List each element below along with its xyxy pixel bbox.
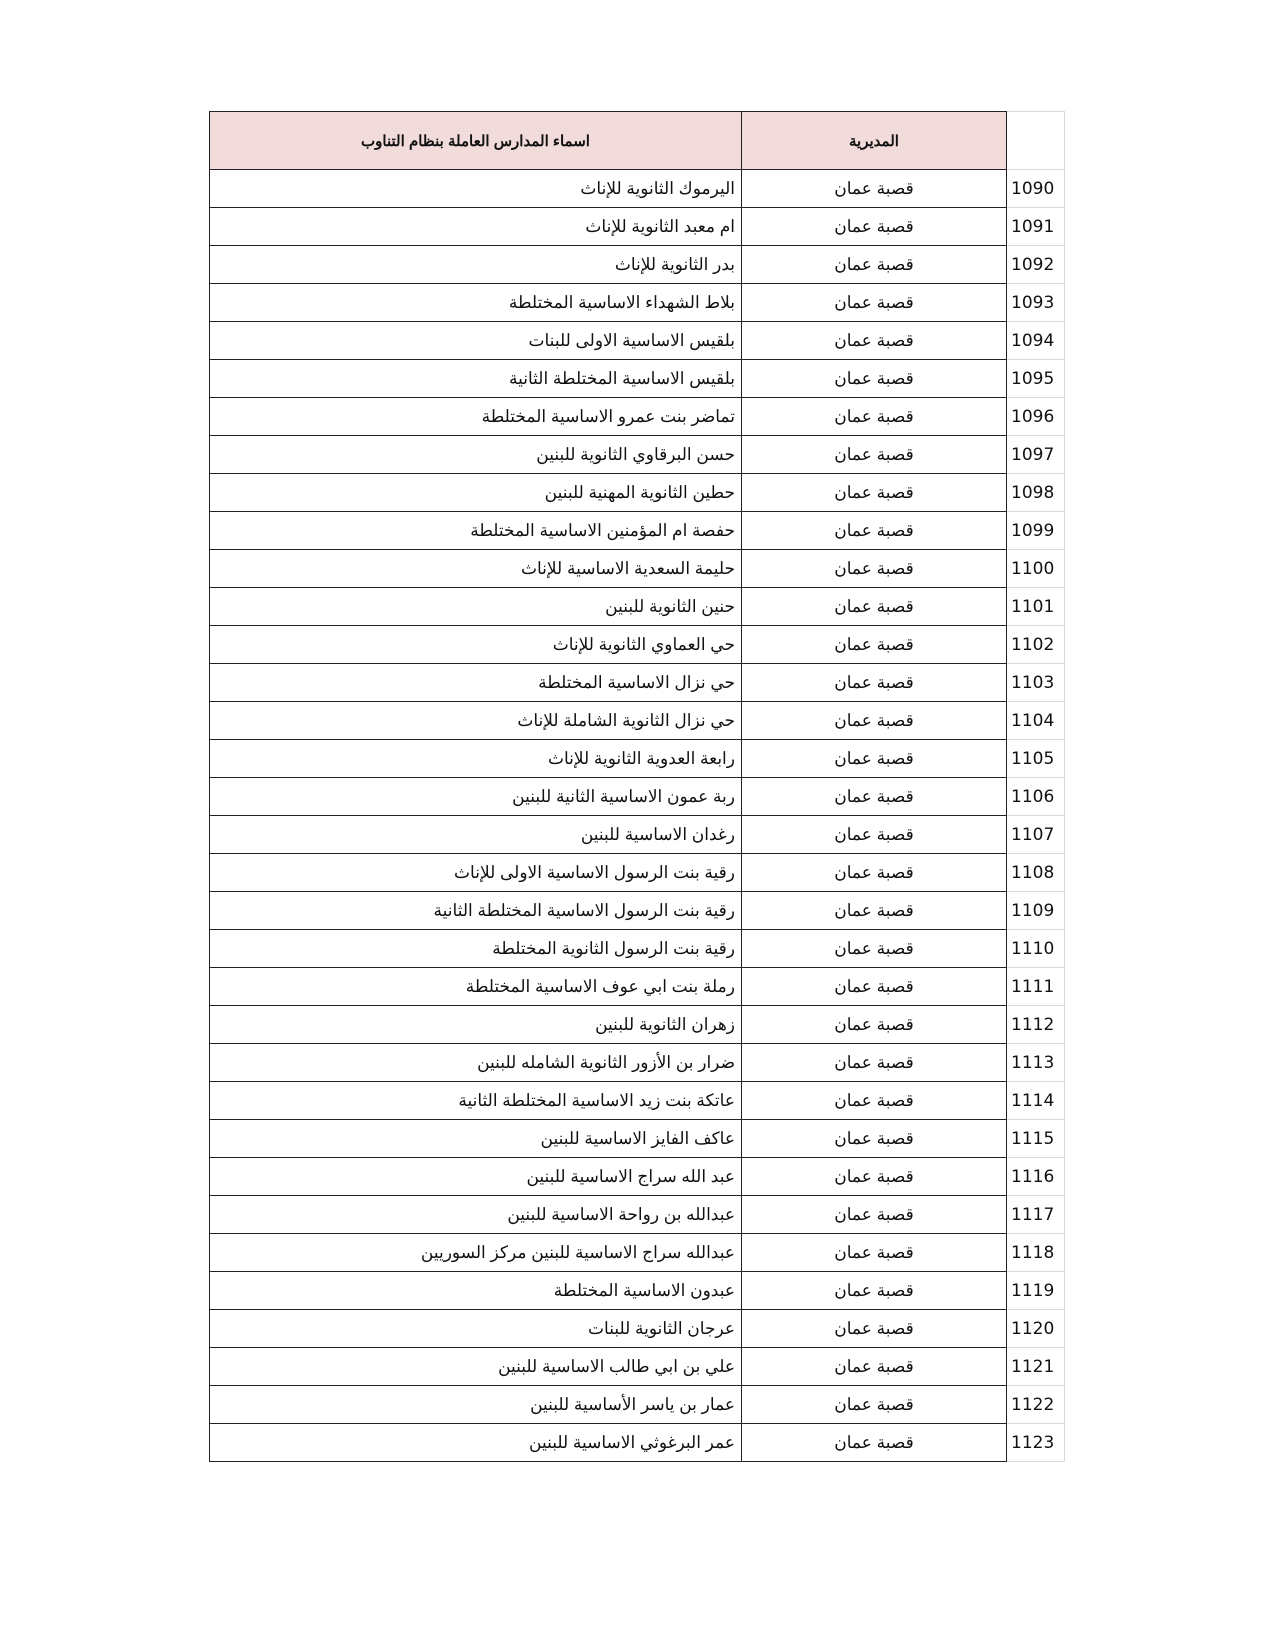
directorate-cell: قصبة عمان <box>742 1158 1007 1196</box>
school-name-cell: عبد الله سراج الاساسية للبنين <box>210 1158 742 1196</box>
row-number-cell: 1103 <box>1007 664 1065 702</box>
table-row: عمار بن ياسر الأساسية للبنينقصبة عمان112… <box>210 1386 1065 1424</box>
schools-table-sheet: اسماء المدارس العاملة بنظام التناوب المد… <box>209 111 1065 1462</box>
table-row: ام معبد الثانوية للإناثقصبة عمان1091 <box>210 208 1065 246</box>
school-name-cell: ام معبد الثانوية للإناث <box>210 208 742 246</box>
table-row: حفصة ام المؤمنين الاساسية المختلطةقصبة ع… <box>210 512 1065 550</box>
school-name-cell: اليرموك الثانوية للإناث <box>210 170 742 208</box>
directorate-cell: قصبة عمان <box>742 968 1007 1006</box>
row-number-cell: 1106 <box>1007 778 1065 816</box>
directorate-cell: قصبة عمان <box>742 626 1007 664</box>
directorate-cell: قصبة عمان <box>742 1310 1007 1348</box>
school-name-cell: ضرار بن الأزور الثانوية الشامله للبنين <box>210 1044 742 1082</box>
row-number-cell: 1096 <box>1007 398 1065 436</box>
school-name-cell: عمر البرغوثي الاساسية للبنين <box>210 1424 742 1462</box>
row-number-cell: 1113 <box>1007 1044 1065 1082</box>
table-row: بلاط الشهداء الاساسية المختلطةقصبة عمان1… <box>210 284 1065 322</box>
school-name-cell: عبدالله بن رواحة الاساسية للبنين <box>210 1196 742 1234</box>
directorate-cell: قصبة عمان <box>742 550 1007 588</box>
school-name-cell: حفصة ام المؤمنين الاساسية المختلطة <box>210 512 742 550</box>
table-row: علي بن ابي طالب الاساسية للبنينقصبة عمان… <box>210 1348 1065 1386</box>
table-row: حي نزال الثانوية الشاملة للإناثقصبة عمان… <box>210 702 1065 740</box>
school-name-cell: عمار بن ياسر الأساسية للبنين <box>210 1386 742 1424</box>
table-row: تماضر بنت عمرو الاساسية المختلطةقصبة عما… <box>210 398 1065 436</box>
directorate-cell: قصبة عمان <box>742 740 1007 778</box>
header-number <box>1007 112 1065 170</box>
school-name-cell: بلقيس الاساسية المختلطة الثانية <box>210 360 742 398</box>
school-name-cell: عبدون الاساسية المختلطة <box>210 1272 742 1310</box>
table-row: رغدان الاساسية للبنينقصبة عمان1107 <box>210 816 1065 854</box>
table-row: ربة عمون الاساسية الثانية للبنينقصبة عما… <box>210 778 1065 816</box>
table-row: بلقيس الاساسية الاولى للبناتقصبة عمان109… <box>210 322 1065 360</box>
row-number-cell: 1119 <box>1007 1272 1065 1310</box>
table-row: زهران الثانوية للبنينقصبة عمان1112 <box>210 1006 1065 1044</box>
row-number-cell: 1105 <box>1007 740 1065 778</box>
row-number-cell: 1091 <box>1007 208 1065 246</box>
school-name-cell: عاتكة بنت زيد الاساسية المختلطة الثانية <box>210 1082 742 1120</box>
row-number-cell: 1104 <box>1007 702 1065 740</box>
table-row: حليمة السعدية الاساسية للإناثقصبة عمان11… <box>210 550 1065 588</box>
row-number-cell: 1115 <box>1007 1120 1065 1158</box>
table-row: بدر الثانوية للإناثقصبة عمان1092 <box>210 246 1065 284</box>
directorate-cell: قصبة عمان <box>742 436 1007 474</box>
directorate-cell: قصبة عمان <box>742 816 1007 854</box>
table-row: ضرار بن الأزور الثانوية الشامله للبنينقص… <box>210 1044 1065 1082</box>
table-row: عاتكة بنت زيد الاساسية المختلطة الثانيةق… <box>210 1082 1065 1120</box>
directorate-cell: قصبة عمان <box>742 1272 1007 1310</box>
directorate-cell: قصبة عمان <box>742 1006 1007 1044</box>
row-number-cell: 1102 <box>1007 626 1065 664</box>
directorate-cell: قصبة عمان <box>742 512 1007 550</box>
directorate-cell: قصبة عمان <box>742 246 1007 284</box>
school-name-cell: علي بن ابي طالب الاساسية للبنين <box>210 1348 742 1386</box>
directorate-cell: قصبة عمان <box>742 1082 1007 1120</box>
table-row: رقية بنت الرسول الاساسية المختلطة الثاني… <box>210 892 1065 930</box>
school-name-cell: زهران الثانوية للبنين <box>210 1006 742 1044</box>
school-name-cell: حي نزال الثانوية الشاملة للإناث <box>210 702 742 740</box>
school-name-cell: حي نزال الاساسية المختلطة <box>210 664 742 702</box>
directorate-cell: قصبة عمان <box>742 474 1007 512</box>
row-number-cell: 1101 <box>1007 588 1065 626</box>
table-row: رملة بنت ابي عوف الاساسية المختلطةقصبة ع… <box>210 968 1065 1006</box>
table-row: عبدالله سراج الاساسية للبنين مركز السوري… <box>210 1234 1065 1272</box>
directorate-cell: قصبة عمان <box>742 398 1007 436</box>
directorate-cell: قصبة عمان <box>742 322 1007 360</box>
directorate-cell: قصبة عمان <box>742 664 1007 702</box>
table-row: عرجان الثانوية للبناتقصبة عمان1120 <box>210 1310 1065 1348</box>
row-number-cell: 1092 <box>1007 246 1065 284</box>
school-name-cell: رقية بنت الرسول الثانوية المختلطة <box>210 930 742 968</box>
directorate-cell: قصبة عمان <box>742 892 1007 930</box>
school-name-cell: عاكف الفايز الاساسية للبنين <box>210 1120 742 1158</box>
school-name-cell: حي العماوي الثانوية للإناث <box>210 626 742 664</box>
row-number-cell: 1098 <box>1007 474 1065 512</box>
directorate-cell: قصبة عمان <box>742 360 1007 398</box>
school-name-cell: رقية بنت الرسول الاساسية الاولى للإناث <box>210 854 742 892</box>
table-row: عاكف الفايز الاساسية للبنينقصبة عمان1115 <box>210 1120 1065 1158</box>
row-number-cell: 1107 <box>1007 816 1065 854</box>
directorate-cell: قصبة عمان <box>742 1386 1007 1424</box>
school-name-cell: عرجان الثانوية للبنات <box>210 1310 742 1348</box>
directorate-cell: قصبة عمان <box>742 1044 1007 1082</box>
row-number-cell: 1109 <box>1007 892 1065 930</box>
row-number-cell: 1121 <box>1007 1348 1065 1386</box>
directorate-cell: قصبة عمان <box>742 1234 1007 1272</box>
directorate-cell: قصبة عمان <box>742 1120 1007 1158</box>
school-name-cell: حليمة السعدية الاساسية للإناث <box>210 550 742 588</box>
school-name-cell: حسن البرقاوي الثانوية للبنين <box>210 436 742 474</box>
header-school-names: اسماء المدارس العاملة بنظام التناوب <box>210 112 742 170</box>
directorate-cell: قصبة عمان <box>742 1348 1007 1386</box>
school-name-cell: رقية بنت الرسول الاساسية المختلطة الثاني… <box>210 892 742 930</box>
school-name-cell: ربة عمون الاساسية الثانية للبنين <box>210 778 742 816</box>
school-name-cell: بدر الثانوية للإناث <box>210 246 742 284</box>
school-name-cell: رابعة العدوية الثانوية للإناث <box>210 740 742 778</box>
school-name-cell: حطين الثانوية المهنية للبنين <box>210 474 742 512</box>
row-number-cell: 1112 <box>1007 1006 1065 1044</box>
directorate-cell: قصبة عمان <box>742 702 1007 740</box>
school-name-cell: رغدان الاساسية للبنين <box>210 816 742 854</box>
row-number-cell: 1094 <box>1007 322 1065 360</box>
row-number-cell: 1117 <box>1007 1196 1065 1234</box>
school-name-cell: بلاط الشهداء الاساسية المختلطة <box>210 284 742 322</box>
school-name-cell: حنين الثانوية للبنين <box>210 588 742 626</box>
row-number-cell: 1120 <box>1007 1310 1065 1348</box>
row-number-cell: 1122 <box>1007 1386 1065 1424</box>
directorate-cell: قصبة عمان <box>742 1196 1007 1234</box>
directorate-cell: قصبة عمان <box>742 284 1007 322</box>
table-row: عبدالله بن رواحة الاساسية للبنينقصبة عما… <box>210 1196 1065 1234</box>
directorate-cell: قصبة عمان <box>742 778 1007 816</box>
school-name-cell: رملة بنت ابي عوف الاساسية المختلطة <box>210 968 742 1006</box>
school-name-cell: بلقيس الاساسية الاولى للبنات <box>210 322 742 360</box>
school-name-cell: تماضر بنت عمرو الاساسية المختلطة <box>210 398 742 436</box>
directorate-cell: قصبة عمان <box>742 1424 1007 1462</box>
directorate-cell: قصبة عمان <box>742 854 1007 892</box>
row-number-cell: 1095 <box>1007 360 1065 398</box>
schools-table: اسماء المدارس العاملة بنظام التناوب المد… <box>209 111 1065 1462</box>
directorate-cell: قصبة عمان <box>742 170 1007 208</box>
row-number-cell: 1123 <box>1007 1424 1065 1462</box>
table-row: رابعة العدوية الثانوية للإناثقصبة عمان11… <box>210 740 1065 778</box>
row-number-cell: 1108 <box>1007 854 1065 892</box>
table-row: حي العماوي الثانوية للإناثقصبة عمان1102 <box>210 626 1065 664</box>
row-number-cell: 1110 <box>1007 930 1065 968</box>
row-number-cell: 1090 <box>1007 170 1065 208</box>
table-header-row: اسماء المدارس العاملة بنظام التناوب المد… <box>210 112 1065 170</box>
row-number-cell: 1099 <box>1007 512 1065 550</box>
table-row: رقية بنت الرسول الثانوية المختلطةقصبة عم… <box>210 930 1065 968</box>
row-number-cell: 1100 <box>1007 550 1065 588</box>
table-row: عبدون الاساسية المختلطةقصبة عمان1119 <box>210 1272 1065 1310</box>
row-number-cell: 1097 <box>1007 436 1065 474</box>
table-row: حسن البرقاوي الثانوية للبنينقصبة عمان109… <box>210 436 1065 474</box>
row-number-cell: 1116 <box>1007 1158 1065 1196</box>
table-row: اليرموك الثانوية للإناثقصبة عمان1090 <box>210 170 1065 208</box>
school-name-cell: عبدالله سراج الاساسية للبنين مركز السوري… <box>210 1234 742 1272</box>
row-number-cell: 1093 <box>1007 284 1065 322</box>
header-directorate: المديرية <box>742 112 1007 170</box>
table-row: حنين الثانوية للبنينقصبة عمان1101 <box>210 588 1065 626</box>
row-number-cell: 1118 <box>1007 1234 1065 1272</box>
table-row: حي نزال الاساسية المختلطةقصبة عمان1103 <box>210 664 1065 702</box>
table-row: بلقيس الاساسية المختلطة الثانيةقصبة عمان… <box>210 360 1065 398</box>
table-row: عمر البرغوثي الاساسية للبنينقصبة عمان112… <box>210 1424 1065 1462</box>
table-row: رقية بنت الرسول الاساسية الاولى للإناثقص… <box>210 854 1065 892</box>
directorate-cell: قصبة عمان <box>742 208 1007 246</box>
row-number-cell: 1111 <box>1007 968 1065 1006</box>
directorate-cell: قصبة عمان <box>742 588 1007 626</box>
row-number-cell: 1114 <box>1007 1082 1065 1120</box>
table-row: حطين الثانوية المهنية للبنينقصبة عمان109… <box>210 474 1065 512</box>
table-row: عبد الله سراج الاساسية للبنينقصبة عمان11… <box>210 1158 1065 1196</box>
directorate-cell: قصبة عمان <box>742 930 1007 968</box>
